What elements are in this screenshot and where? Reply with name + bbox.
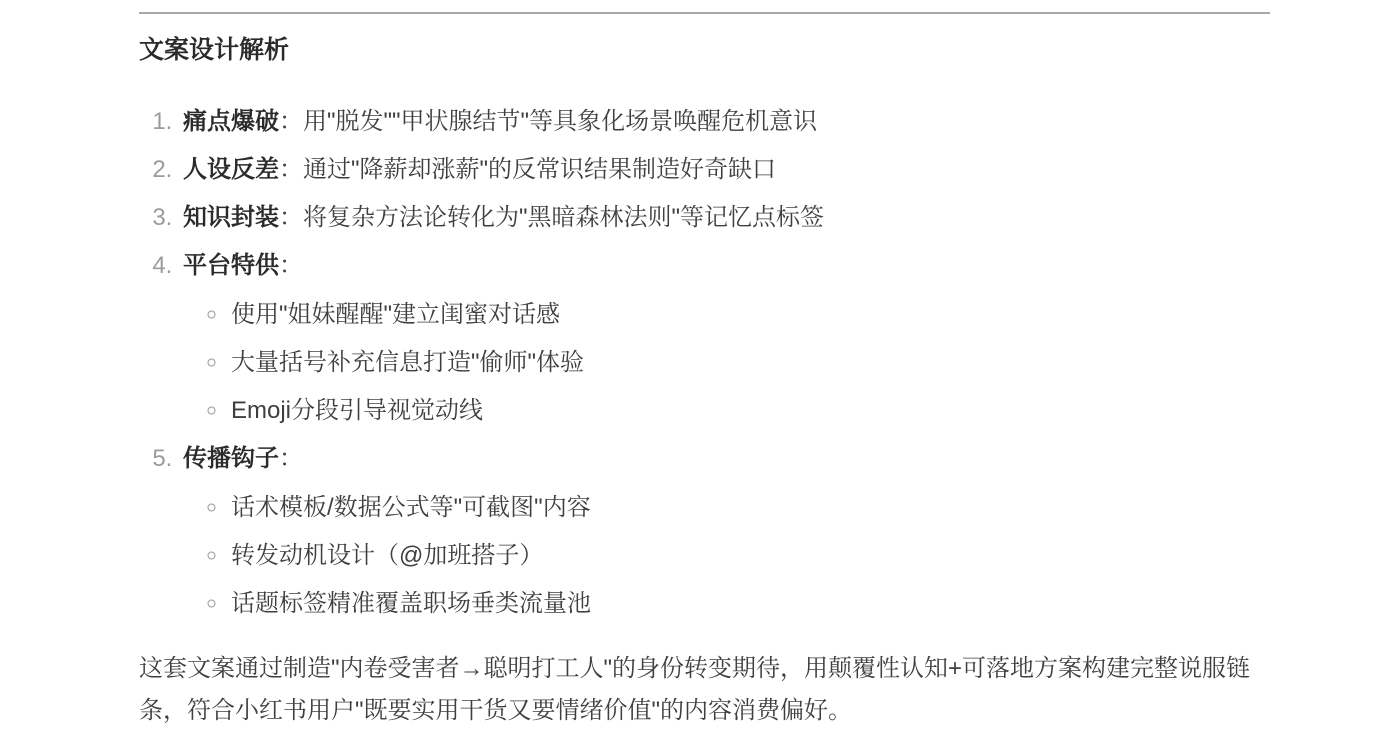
sub-list-item: 使用"姐妹醒醒"建立闺蜜对话感 bbox=[229, 297, 1270, 333]
list-item-platform-exclusive: 平台特供： 使用"姐妹醒醒"建立闺蜜对话感 大量括号补充信息打造"偷师"体验 E… bbox=[179, 248, 1270, 429]
list-item-term: 痛点爆破 bbox=[183, 108, 279, 135]
sub-list-item: 转发动机设计（@加班搭子） bbox=[229, 538, 1270, 574]
list-item-term: 知识封装 bbox=[183, 204, 279, 231]
list-item-text: ： bbox=[279, 445, 303, 472]
sub-list-item: 话题标签精准覆盖职场垂类流量池 bbox=[229, 586, 1270, 622]
list-item-text: ：通过"降薪却涨薪"的反常识结果制造好奇缺口 bbox=[279, 156, 776, 183]
list-item-text: ： bbox=[279, 252, 303, 279]
list-item-spread-hooks: 传播钩子： 话术模板/数据公式等"可截图"内容 转发动机设计（@加班搭子） 话题… bbox=[179, 441, 1270, 622]
closing-paragraph: 这套文案通过制造"内卷受害者→聪明打工人"的身份转变期待，用颠覆性认知+可落地方… bbox=[139, 648, 1270, 732]
list-item-text: ：将复杂方法论转化为"黑暗森林法则"等记忆点标签 bbox=[279, 204, 824, 231]
list-item-term: 人设反差 bbox=[183, 156, 279, 183]
list-item-term: 传播钩子 bbox=[183, 445, 279, 472]
sub-list-item: Emoji分段引导视觉动线 bbox=[229, 393, 1270, 429]
document-page: 文案设计解析 痛点爆破：用"脱发""甲状腺结节"等具象化场景唤醒危机意识 人设反… bbox=[0, 0, 1395, 737]
list-item-term: 平台特供 bbox=[183, 252, 279, 279]
sub-list-item: 话术模板/数据公式等"可截图"内容 bbox=[229, 490, 1270, 526]
section-heading: 文案设计解析 bbox=[139, 34, 1270, 66]
list-item-knowledge-packaging: 知识封装：将复杂方法论转化为"黑暗森林法则"等记忆点标签 bbox=[179, 200, 1270, 236]
analysis-ordered-list: 痛点爆破：用"脱发""甲状腺结节"等具象化场景唤醒危机意识 人设反差：通过"降薪… bbox=[139, 104, 1270, 622]
list-item-text: ：用"脱发""甲状腺结节"等具象化场景唤醒危机意识 bbox=[279, 108, 817, 135]
hooks-sub-list: 话术模板/数据公式等"可截图"内容 转发动机设计（@加班搭子） 话题标签精准覆盖… bbox=[183, 490, 1270, 622]
sub-list-item: 大量括号补充信息打造"偷师"体验 bbox=[229, 345, 1270, 381]
content-column: 文案设计解析 痛点爆破：用"脱发""甲状腺结节"等具象化场景唤醒危机意识 人设反… bbox=[139, 12, 1270, 732]
list-item-pain-point: 痛点爆破：用"脱发""甲状腺结节"等具象化场景唤醒危机意识 bbox=[179, 104, 1270, 140]
horizontal-rule bbox=[139, 12, 1270, 14]
list-item-persona-contrast: 人设反差：通过"降薪却涨薪"的反常识结果制造好奇缺口 bbox=[179, 152, 1270, 188]
platform-sub-list: 使用"姐妹醒醒"建立闺蜜对话感 大量括号补充信息打造"偷师"体验 Emoji分段… bbox=[183, 297, 1270, 429]
